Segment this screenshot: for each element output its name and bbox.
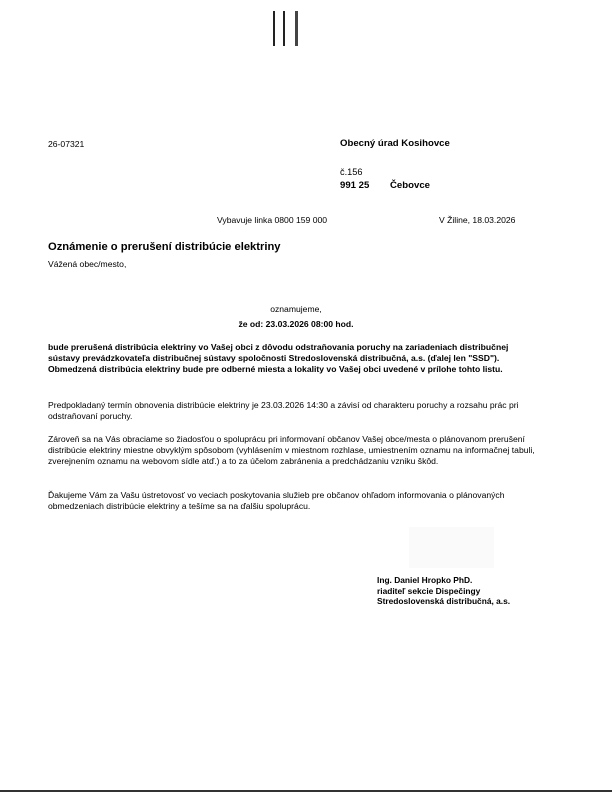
salutation: Vážená obec/mesto, — [48, 259, 126, 269]
signatory-company: Stredoslovenská distribučná, a.s. — [377, 596, 510, 607]
recipient-name: Obecný úrad Kosihovce — [340, 138, 450, 149]
main-notice-paragraph: bude prerušená distribúcia elektriny vo … — [48, 342, 538, 376]
place-date: V Žiline, 18.03.2026 — [439, 215, 515, 225]
restoration-paragraph: Predpokladaný termín obnovenia distribúc… — [48, 400, 538, 422]
thanks-paragraph: Ďakujeme Vám za Vašu ústretovosť vo veci… — [48, 490, 538, 512]
announce-text: oznamujeme, — [0, 304, 592, 314]
recipient-street: č.156 — [340, 167, 362, 177]
signature-block: Ing. Daniel Hropko PhD. riaditeľ sekcie … — [377, 575, 510, 607]
reference-number: 26-07321 — [48, 139, 84, 149]
signatory-position: riaditeľ sekcie Dispečingy — [377, 586, 510, 597]
signature-placeholder — [409, 527, 494, 568]
recipient-postal-code: 991 25 — [340, 180, 369, 191]
contact-line: Vybavuje linka 0800 159 000 — [217, 215, 327, 225]
signatory-name: Ing. Daniel Hropko PhD. — [377, 575, 510, 586]
cooperation-paragraph: Zároveň sa na Vás obraciame so žiadosťou… — [48, 434, 538, 468]
document-title: Oznámenie o prerušení distribúcie elektr… — [48, 241, 281, 253]
recipient-city: Čebovce — [390, 180, 430, 191]
outage-start: že od: 23.03.2026 08:00 hod. — [0, 319, 592, 329]
